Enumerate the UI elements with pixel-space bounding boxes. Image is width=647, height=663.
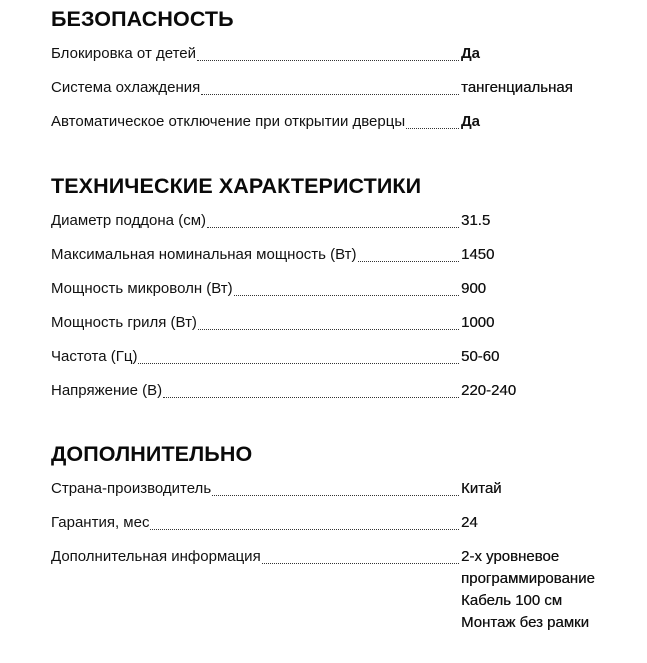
spec-label: Частота (Гц)	[51, 346, 137, 368]
spec-row-microwave-power: Мощность микроволн (Вт) 900	[51, 278, 621, 312]
spec-value: Да	[461, 43, 480, 65]
dotted-leader	[198, 328, 459, 330]
spec-label: Мощность микроволн (Вт)	[51, 278, 233, 300]
spec-label: Страна-производитель	[51, 478, 211, 500]
section-title: ДОПОЛНИТЕЛЬНО	[51, 441, 621, 467]
spec-row-tray-diameter: Диаметр поддона (см) 31.5	[51, 210, 621, 244]
section-technical: ТЕХНИЧЕСКИЕ ХАРАКТЕРИСТИКИ Диаметр поддо…	[51, 173, 621, 414]
dotted-leader	[201, 93, 459, 95]
spec-value: 1000	[461, 312, 494, 334]
spec-value: 220-240	[461, 380, 516, 402]
spec-label: Система охлаждения	[51, 77, 200, 99]
spec-value-line: Монтаж без рамки	[461, 612, 595, 634]
spec-row-auto-off: Автоматическое отключение при открытии д…	[51, 111, 621, 145]
spec-row-grill-power: Мощность гриля (Вт) 1000	[51, 312, 621, 346]
spec-label: Диаметр поддона (см)	[51, 210, 206, 232]
spec-row-country: Страна-производитель Китай	[51, 478, 621, 512]
spec-label: Дополнительная информация	[51, 546, 261, 568]
spec-value: 2-х уровневое программирование Кабель 10…	[461, 546, 595, 634]
spec-value-line: программирование	[461, 568, 595, 590]
dotted-leader	[150, 528, 459, 530]
spec-label: Блокировка от детей	[51, 43, 196, 65]
spec-row-frequency: Частота (Гц) 50-60	[51, 346, 621, 380]
spec-row-extra-info: Дополнительная информация 2-х уровневое …	[51, 546, 621, 580]
spec-value-line: 2-х уровневое	[461, 546, 595, 568]
spec-value: 50-60	[461, 346, 499, 368]
spec-value-line: Кабель 100 см	[461, 590, 595, 612]
spec-row-child-lock: Блокировка от детей Да	[51, 43, 621, 77]
spec-value: 900	[461, 278, 486, 300]
section-title: ТЕХНИЧЕСКИЕ ХАРАКТЕРИСТИКИ	[51, 173, 621, 199]
spec-row-max-power: Максимальная номинальная мощность (Вт) 1…	[51, 244, 621, 278]
spec-value: 1450	[461, 244, 494, 266]
spec-label: Напряжение (В)	[51, 380, 162, 402]
section-safety: БЕЗОПАСНОСТЬ Блокировка от детей Да Сист…	[51, 6, 621, 145]
dotted-leader	[163, 396, 459, 398]
dotted-leader	[212, 494, 459, 496]
spec-value: 24	[461, 512, 478, 534]
section-title: БЕЗОПАСНОСТЬ	[51, 6, 621, 32]
spec-value: 31.5	[461, 210, 490, 232]
dotted-leader	[406, 127, 459, 129]
dotted-leader	[197, 59, 459, 61]
spec-value: Китай	[461, 478, 502, 500]
dotted-leader	[358, 260, 459, 262]
dotted-leader	[207, 226, 459, 228]
spec-row-warranty: Гарантия, мес 24	[51, 512, 621, 546]
spec-row-cooling: Система охлаждения тангенциальная	[51, 77, 621, 111]
section-additional: ДОПОЛНИТЕЛЬНО Страна-производитель Китай…	[51, 441, 621, 580]
dotted-leader	[138, 362, 459, 364]
dotted-leader	[262, 562, 459, 564]
spec-value: тангенциальная	[461, 77, 573, 99]
dotted-leader	[234, 294, 459, 296]
spec-label: Автоматическое отключение при открытии д…	[51, 111, 405, 133]
spec-label: Гарантия, мес	[51, 512, 149, 534]
spec-row-voltage: Напряжение (В) 220-240	[51, 380, 621, 414]
spec-label: Мощность гриля (Вт)	[51, 312, 197, 334]
spec-label: Максимальная номинальная мощность (Вт)	[51, 244, 357, 266]
spec-value: Да	[461, 111, 480, 133]
